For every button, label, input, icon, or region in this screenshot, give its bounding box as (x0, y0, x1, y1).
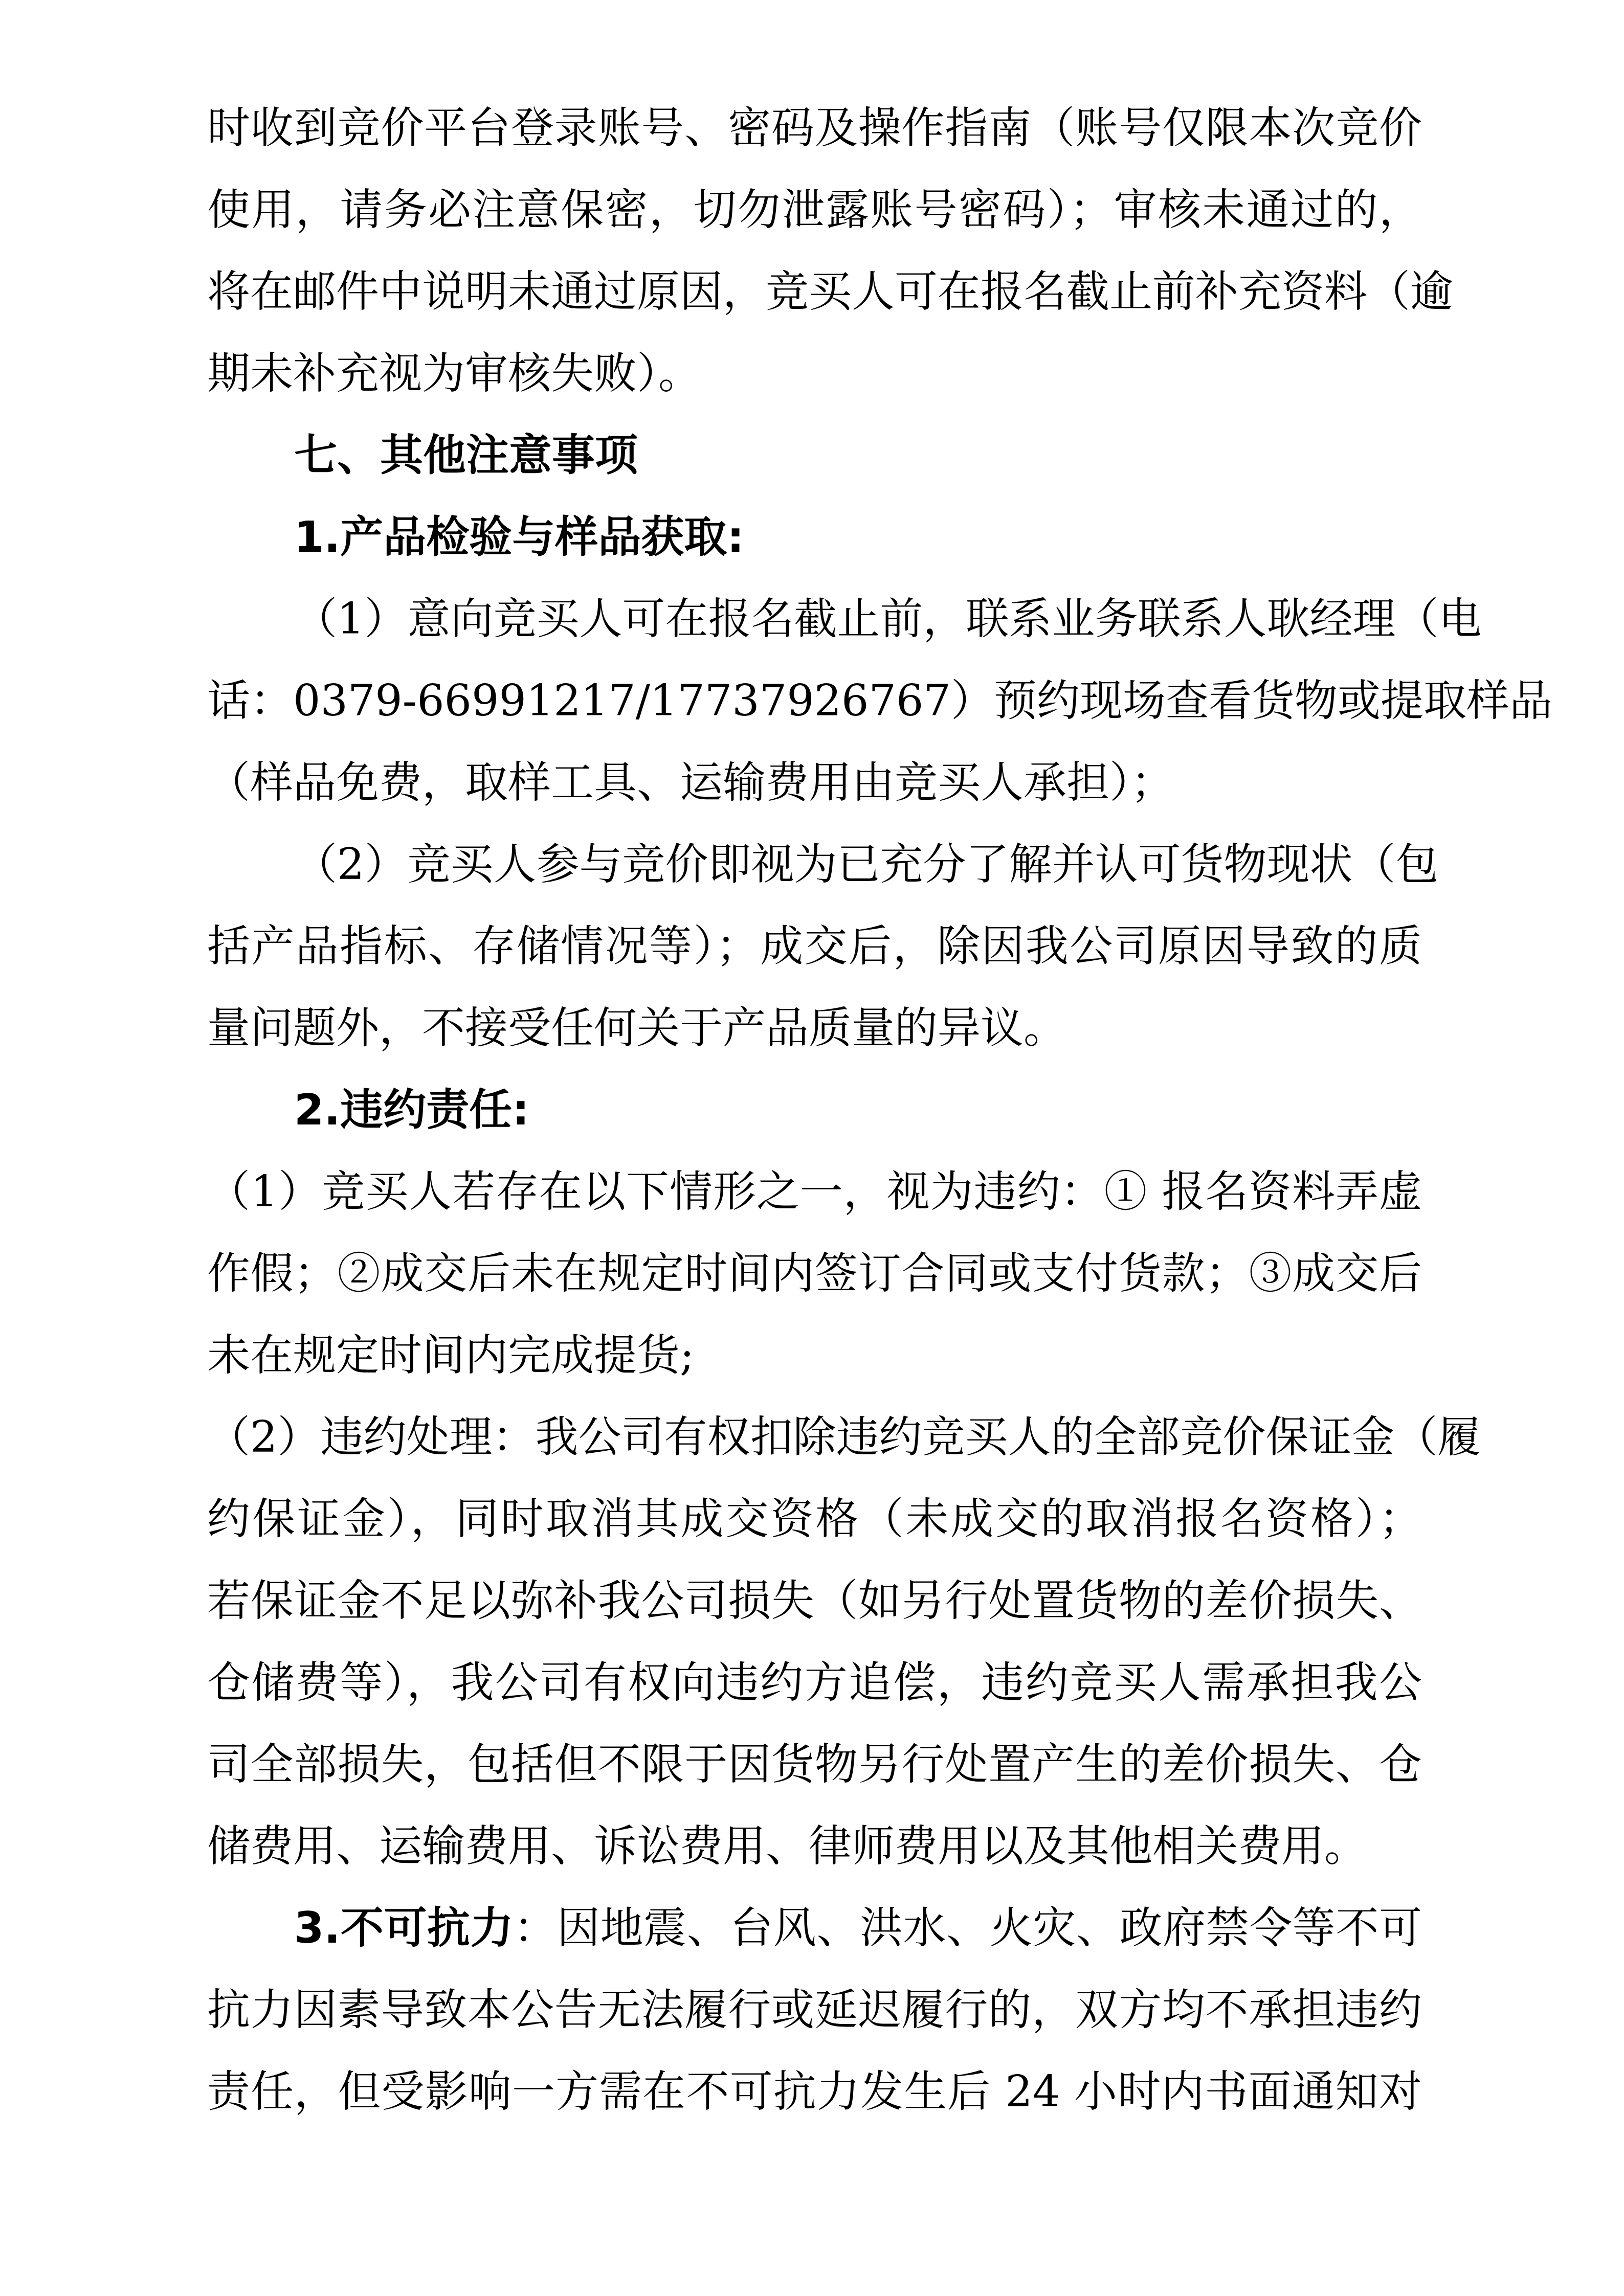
paragraph-line: （2）竞买人参与竞价即视为已充分了解并认可货物现状（包 (294, 823, 1422, 905)
paragraph-line: 括产品指标、存储情况等）；成交后，除因我公司原因导致的质 (207, 905, 1422, 987)
paragraph-line: （1）竞买人若存在以下情形之一，视为违约：① 报名资料弄虚 (207, 1151, 1422, 1232)
paragraph-line: 作假；②成交后未在规定时间内签订合同或支付货款；③成交后 (207, 1232, 1422, 1314)
section-heading: 七、其他注意事项 (294, 414, 1422, 496)
paragraph-line: 未在规定时间内完成提货; (207, 1314, 1422, 1396)
subsection-heading-inspection: 1.产品检验与样品获取: (294, 496, 1422, 578)
paragraph-line: 使用，请务必注意保密，切勿泄露账号密码）；审核未通过的， (207, 169, 1422, 251)
paragraph-line: 将在邮件中说明未通过原因，竞买人可在报名截止前补充资料（逾 (207, 251, 1422, 332)
paragraph-line: 量问题外，不接受任何关于产品质量的异议。 (207, 987, 1422, 1069)
paragraph-line: （1）意向竞买人可在报名截止前，联系业务联系人耿经理（电 (294, 578, 1422, 660)
contact-phone-line: 话：0379-66991217/17737926767）预约现场查看货物或提取样… (207, 660, 1422, 741)
paragraph-line: 仓储费等），我公司有权向违约方追偿，违约竞买人需承担我公 (207, 1641, 1422, 1723)
paragraph-text: ：因地震、台风、洪水、火灾、政府禁令等不可 (514, 1903, 1422, 1953)
paragraph-line: 责任，但受影响一方需在不可抗力发生后 24 小时内书面通知对 (207, 2051, 1422, 2132)
paragraph-line: 约保证金），同时取消其成交资格（未成交的取消报名资格）； (207, 1478, 1422, 1560)
force-majeure-line: 3.不可抗力：因地震、台风、洪水、火灾、政府禁令等不可 (294, 1887, 1422, 1969)
subsection-heading-breach: 2.违约责任: (294, 1069, 1422, 1151)
paragraph-line: （样品免费，取样工具、运输费用由竞买人承担）； (207, 741, 1422, 823)
paragraph-line: 抗力因素导致本公告无法履行或延迟履行的，双方均不承担违约 (207, 1969, 1422, 2051)
paragraph-line: 司全部损失，包括但不限于因货物另行处置产生的差价损失、仓 (207, 1723, 1422, 1805)
paragraph-line: 若保证金不足以弥补我公司损失（如另行处置货物的差价损失、 (207, 1560, 1422, 1641)
paragraph-line: 储费用、运输费用、诉讼费用、律师费用以及其他相关费用。 (207, 1805, 1422, 1887)
paragraph-line: 时收到竞价平台登录账号、密码及操作指南（账号仅限本次竞价 (207, 87, 1422, 169)
paragraph-line: 期未补充视为审核失败）。 (207, 332, 1422, 414)
subsection-heading-force-majeure: 3.不可抗力 (294, 1903, 514, 1953)
document-page: 时收到竞价平台登录账号、密码及操作指南（账号仅限本次竞价 使用，请务必注意保密，… (0, 0, 1624, 2296)
paragraph-line: （2）违约处理：我公司有权扣除违约竞买人的全部竞价保证金（履 (207, 1396, 1422, 1478)
